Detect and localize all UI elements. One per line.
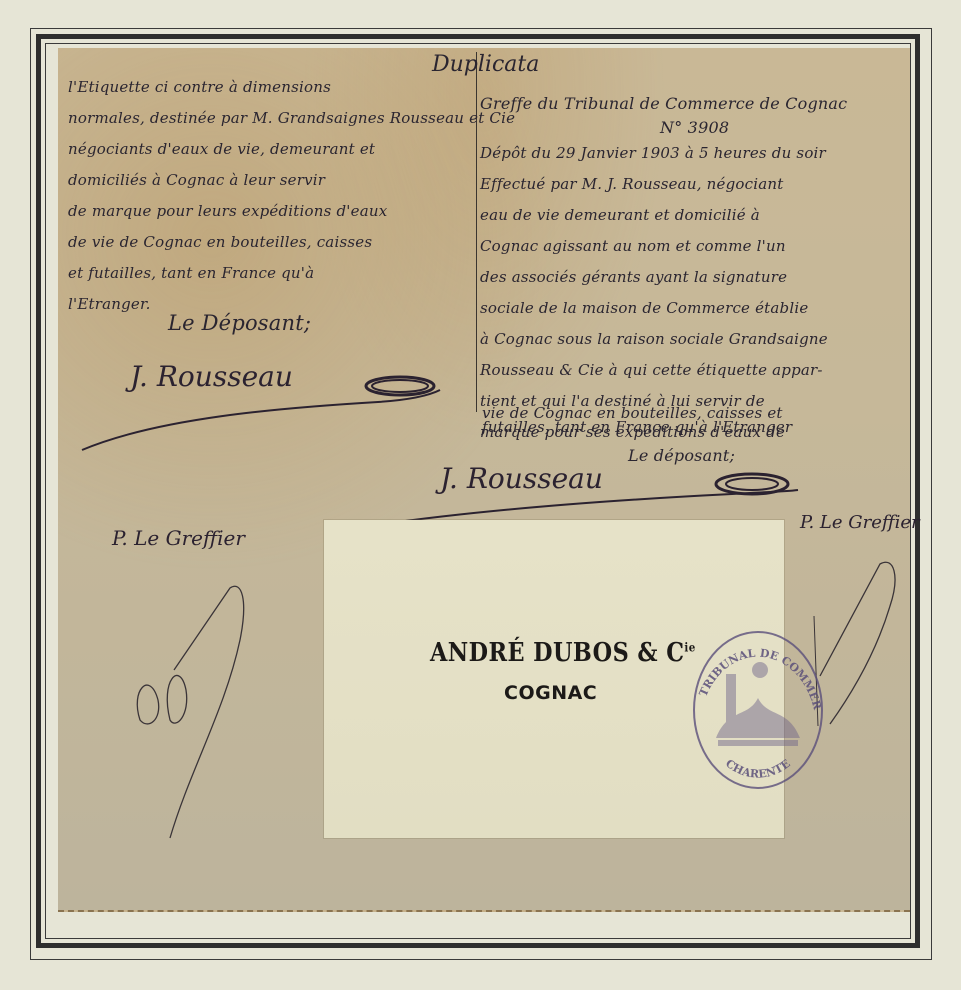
brand-city: COGNAC <box>504 682 597 704</box>
right-line: futailles, tant en France qu'à l'Etrange… <box>482 412 792 443</box>
left-line: négociants d'eaux de vie, demeurant et <box>68 134 468 165</box>
svg-text:CHARENTE: CHARENTE <box>723 757 793 781</box>
left-column-text: l'Etiquette ci contre à dimensions norma… <box>68 72 468 320</box>
right-greffier-label: P. Le Greffier <box>800 512 920 533</box>
left-line: de marque pour leurs expéditions d'eaux <box>68 196 468 227</box>
left-greffier-signature-icon <box>130 580 250 840</box>
right-line: Cognac agissant au nom et comme l'un <box>480 231 910 262</box>
right-depositor-signature: J. Rousseau <box>440 462 603 495</box>
right-line: sociale de la maison de Commerce établie <box>480 293 910 324</box>
tribunal-seal-stamp-icon: TRIBUNAL DE COMMERCE DE COGNAC CHARENTE <box>688 628 828 792</box>
brand-name: ANDRÉ DUBOS & Cie <box>430 638 696 668</box>
right-line: Effectué par M. J. Rousseau, négociant <box>480 169 910 200</box>
right-line: eau de vie demeurant et domicilié à <box>480 200 910 231</box>
column-divider <box>476 52 477 412</box>
right-line: à Cognac sous la raison sociale Grandsai… <box>480 324 910 355</box>
left-signatory-label: Le Déposant; <box>168 308 311 339</box>
right-line: des associés gérants ayant la signature <box>480 262 910 293</box>
right-line: Dépôt du 29 Janvier 1903 à 5 heures du s… <box>480 138 910 169</box>
left-line: normales, destinée par M. Grandsaignes R… <box>68 103 468 134</box>
left-line: et futailles, tant en France qu'à <box>68 258 468 289</box>
brand-name-text: ANDRÉ DUBOS & C <box>430 638 684 668</box>
left-line: l'Etiquette ci contre à dimensions <box>68 72 468 103</box>
right-line: Rousseau & Cie à qui cette étiquette app… <box>480 355 910 386</box>
right-signatory-label: Le déposant; <box>628 440 735 471</box>
left-line: de vie de Cognac en bouteilles, caisses <box>68 227 468 258</box>
left-line: domiciliés à Cognac à leur servir <box>68 165 468 196</box>
left-depositor-signature: J. Rousseau <box>130 360 293 393</box>
left-greffier-label: P. Le Greffier <box>112 526 245 550</box>
